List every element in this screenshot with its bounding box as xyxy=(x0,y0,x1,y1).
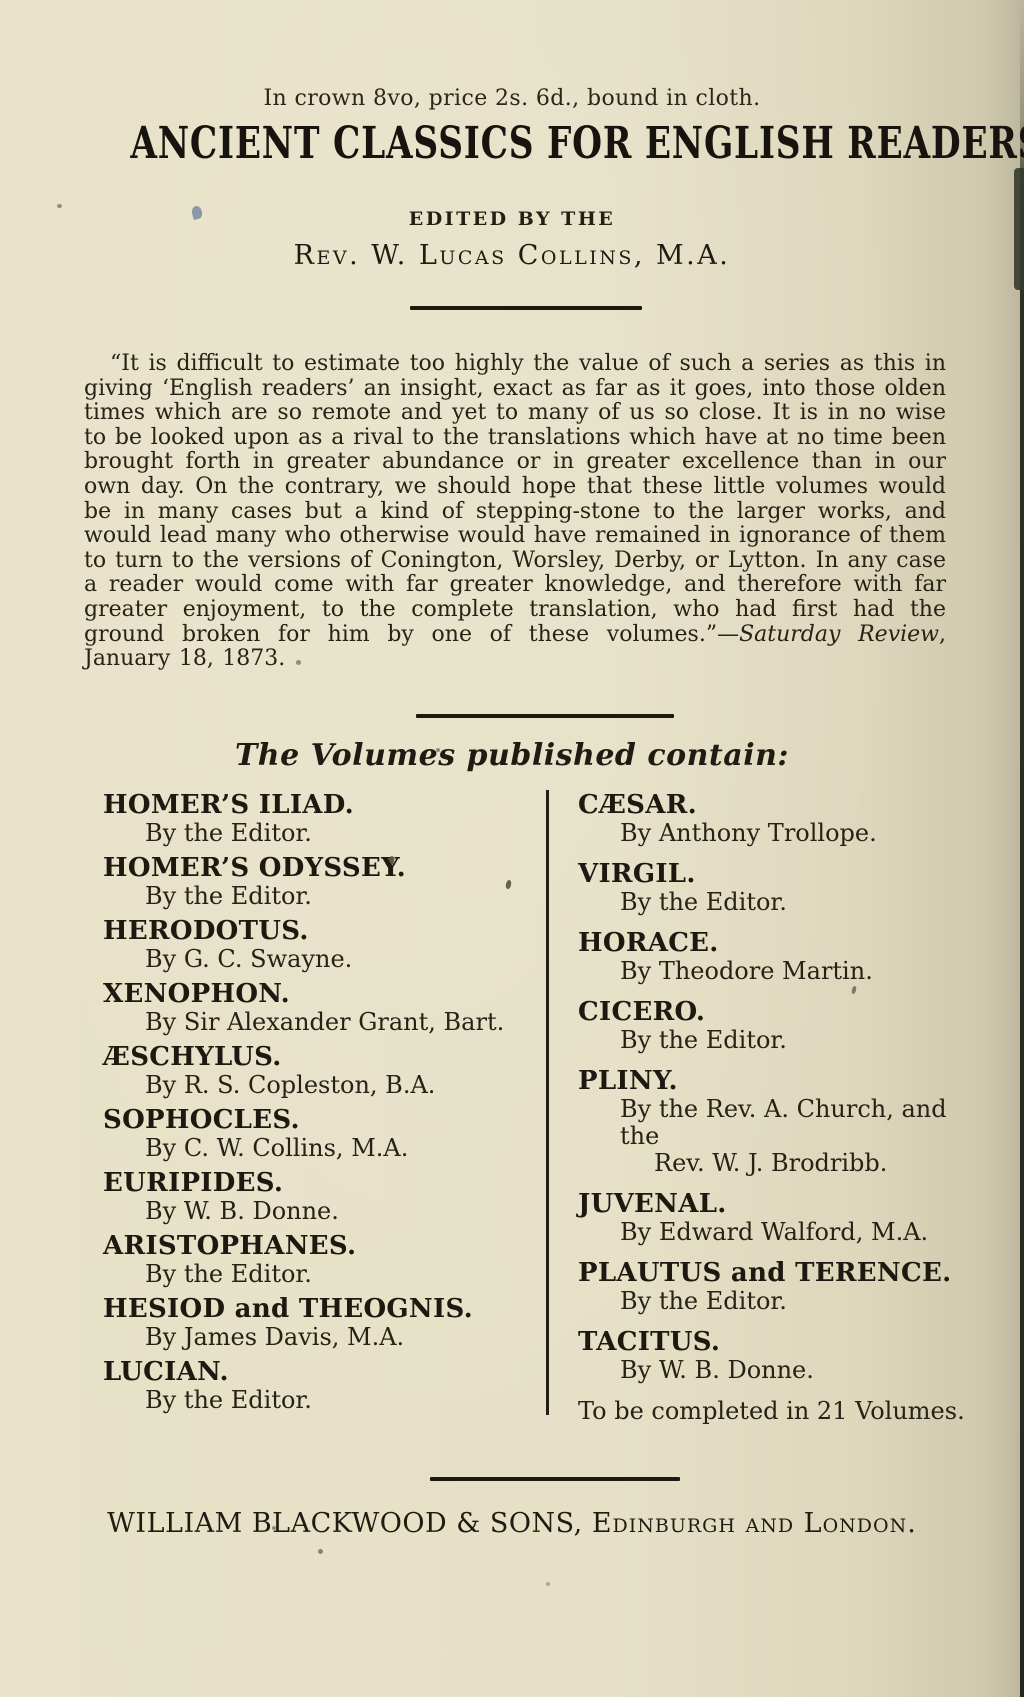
volume-author: By R. S. Copleston, B.A. xyxy=(103,1072,538,1099)
volume-entry: SOPHOCLES. By C. W. Collins, M.A. xyxy=(103,1105,538,1162)
review-quote: “It is difficult to estimate too highly … xyxy=(84,352,946,672)
column-divider-rule xyxy=(546,790,549,1415)
volume-entry: JUVENAL. By Edward Walford, M.A. xyxy=(578,1189,988,1246)
volume-entry: HOMER’S ILIAD. By the Editor. xyxy=(103,790,538,847)
volume-title: LUCIAN. xyxy=(103,1357,538,1387)
volume-author: By G. C. Swayne. xyxy=(103,946,538,973)
divider-rule xyxy=(430,1477,680,1481)
volume-author: By W. B. Donne. xyxy=(578,1357,988,1384)
volume-title: HESIOD and THEOGNIS. xyxy=(103,1294,538,1324)
divider-rule xyxy=(416,714,674,718)
volume-title: CÆSAR. xyxy=(578,790,988,820)
completion-note: To be completed in 21 Volumes. xyxy=(578,1396,988,1426)
publisher-name: WILLIAM BLACKWOOD & SONS, xyxy=(107,1508,583,1539)
imprint-line: In crown 8vo, price 2s. 6d., bound in cl… xyxy=(0,86,1024,111)
volume-entry: VIRGIL. By the Editor. xyxy=(578,859,988,916)
volume-entry: PLINY. By the Rev. A. Church, and the Re… xyxy=(578,1066,988,1177)
publisher-line: WILLIAM BLACKWOOD & SONS, Edinburgh and … xyxy=(0,1508,1024,1539)
editor-name: Rev. W. Lucas Collins, M.A. xyxy=(0,240,1024,271)
volume-title: HOMER’S ODYSSEY. xyxy=(103,853,538,883)
volume-title: SOPHOCLES. xyxy=(103,1105,538,1135)
volume-author: By the Editor. xyxy=(103,1387,538,1414)
volume-title: VIRGIL. xyxy=(578,859,988,889)
volumes-heading: The Volumes published contain: xyxy=(0,738,1024,773)
volume-author: By the Editor. xyxy=(578,889,988,916)
volume-title: XENOPHON. xyxy=(103,979,538,1009)
volume-entry: CÆSAR. By Anthony Trollope. xyxy=(578,790,988,847)
volume-title: PLINY. xyxy=(578,1066,988,1096)
volume-title: HERODOTUS. xyxy=(103,916,538,946)
volume-author: By Theodore Martin. xyxy=(578,958,988,985)
volume-entry: HOMER’S ODYSSEY. By the Editor. xyxy=(103,853,538,910)
volume-entry: PLAUTUS and TERENCE. By the Editor. xyxy=(578,1258,988,1315)
volume-author: By the Editor. xyxy=(103,883,538,910)
volume-entry: CICERO. By the Editor. xyxy=(578,997,988,1054)
volume-entry: TACITUS. By W. B. Donne. xyxy=(578,1327,988,1384)
volume-title: HOMER’S ILIAD. xyxy=(103,790,538,820)
volume-author: By the Rev. A. Church, and the xyxy=(578,1096,988,1150)
volume-author: By Anthony Trollope. xyxy=(578,820,988,847)
volume-author: By James Davis, M.A. xyxy=(103,1324,538,1351)
volume-title: PLAUTUS and TERENCE. xyxy=(578,1258,988,1288)
volume-entry: ARISTOPHANES. By the Editor. xyxy=(103,1231,538,1288)
volume-title: EURIPIDES. xyxy=(103,1168,538,1198)
divider-rule xyxy=(410,306,642,310)
volume-entry: ÆSCHYLUS. By R. S. Copleston, B.A. xyxy=(103,1042,538,1099)
edited-by-line: EDITED BY THE xyxy=(0,208,1024,230)
page-title-text: ANCIENT CLASSICS FOR ENGLISH READERS. xyxy=(130,118,1024,169)
page-title: ANCIENT CLASSICS FOR ENGLISH READERS. xyxy=(0,118,1024,169)
volume-author: By the Editor. xyxy=(578,1288,988,1315)
volume-entry: XENOPHON. By Sir Alexander Grant, Bart. xyxy=(103,979,538,1036)
book-advertisement-page: In crown 8vo, price 2s. 6d., bound in cl… xyxy=(0,0,1024,1697)
volume-title: ÆSCHYLUS. xyxy=(103,1042,538,1072)
volume-entry: HORACE. By Theodore Martin. xyxy=(578,928,988,985)
volume-title: JUVENAL. xyxy=(578,1189,988,1219)
volume-title: TACITUS. xyxy=(578,1327,988,1357)
volume-author: By Sir Alexander Grant, Bart. xyxy=(103,1009,538,1036)
volume-entry: LUCIAN. By the Editor. xyxy=(103,1357,538,1414)
volumes-column-left: HOMER’S ILIAD. By the Editor. HOMER’S OD… xyxy=(103,790,538,1420)
volume-author: By Edward Walford, M.A. xyxy=(578,1219,988,1246)
volume-author: By C. W. Collins, M.A. xyxy=(103,1135,538,1162)
volume-author-continued: Rev. W. J. Brodribb. xyxy=(578,1150,988,1177)
volume-entry: HESIOD and THEOGNIS. By James Davis, M.A… xyxy=(103,1294,538,1351)
volume-title: ARISTOPHANES. xyxy=(103,1231,538,1261)
volume-author: By W. B. Donne. xyxy=(103,1198,538,1225)
volume-author: By the Editor. xyxy=(103,1261,538,1288)
volume-entry: EURIPIDES. By W. B. Donne. xyxy=(103,1168,538,1225)
scan-fleck xyxy=(318,1549,323,1554)
volume-entry: HERODOTUS. By G. C. Swayne. xyxy=(103,916,538,973)
review-source: Saturday Review xyxy=(739,622,939,647)
volume-author: By the Editor. xyxy=(103,820,538,847)
publisher-location: Edinburgh and London. xyxy=(592,1508,917,1539)
volume-title: HORACE. xyxy=(578,928,988,958)
volumes-column-right: CÆSAR. By Anthony Trollope. VIRGIL. By t… xyxy=(578,790,988,1426)
volume-title: CICERO. xyxy=(578,997,988,1027)
review-quote-body: “It is difficult to estimate too highly … xyxy=(84,351,946,647)
volume-author: By the Editor. xyxy=(578,1027,988,1054)
scan-fleck xyxy=(546,1582,550,1586)
